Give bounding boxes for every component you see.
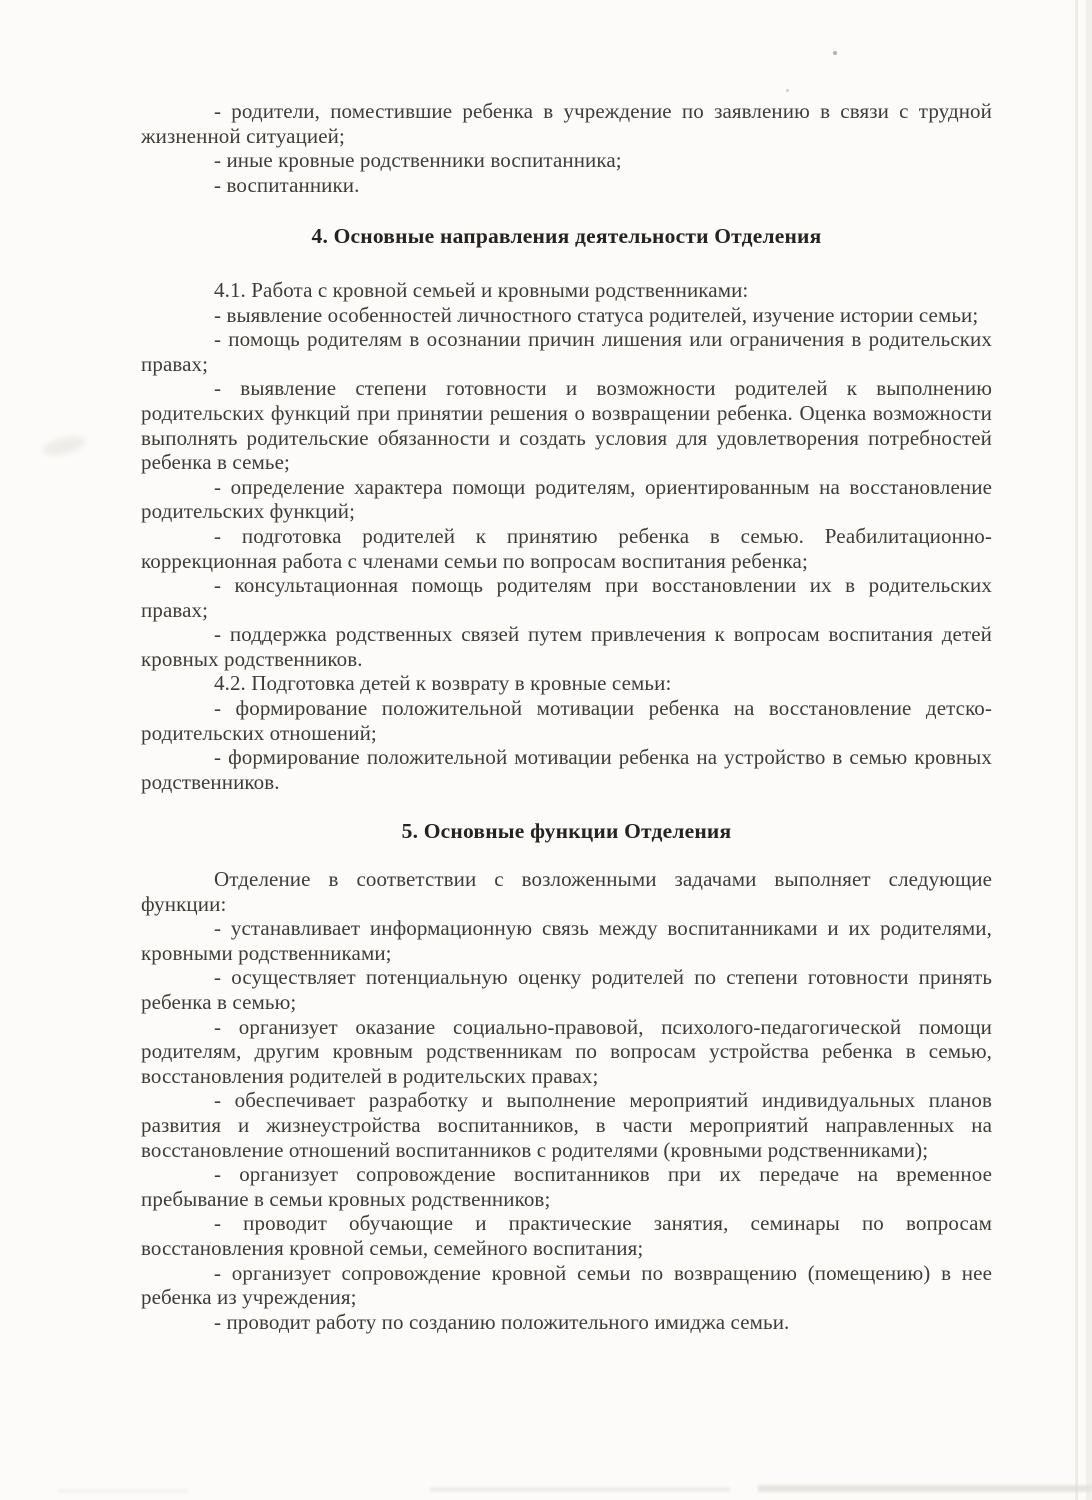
list-item: - воспитанники.: [141, 173, 992, 198]
section-heading-5: 5. Основные функции Отделения: [141, 819, 992, 844]
scan-streak: [430, 1487, 730, 1492]
paragraph: 4.2. Подготовка детей к возврату в кровн…: [141, 671, 992, 696]
paragraph: - определение характера помощи родителям…: [141, 475, 992, 524]
paragraph: - подготовка родителей к принятию ребенк…: [141, 524, 992, 573]
scan-smudge: [41, 433, 88, 459]
scan-streak: [58, 1489, 188, 1493]
scan-speck: [786, 89, 789, 92]
paragraph: - проводит работу по созданию положитель…: [141, 1310, 992, 1335]
paragraph: - поддержка родственных связей путем при…: [141, 622, 992, 671]
paragraph: - обеспечивает разработку и выполнение м…: [141, 1088, 992, 1162]
paragraph: - формирование положительной мотивации р…: [141, 696, 992, 745]
paragraph: - осуществляет потенциальную оценку роди…: [141, 965, 992, 1014]
paragraph: - консультационная помощь родителям при …: [141, 573, 992, 622]
document-content: - родители, поместившие ребенка в учрежд…: [141, 99, 992, 1334]
paragraph: - помощь родителям в осознании причин ли…: [141, 327, 992, 376]
scan-speck: [833, 51, 837, 55]
paragraph: - выявление особенностей личностного ста…: [141, 303, 992, 328]
paragraph: - формирование положительной мотивации р…: [141, 745, 992, 794]
paragraph: - организует сопровождение кровной семьи…: [141, 1261, 992, 1310]
paragraph: - организует сопровождение воспитанников…: [141, 1162, 992, 1211]
paragraph: - устанавливает информационную связь меж…: [141, 916, 992, 965]
scan-edge-line: [1075, 0, 1078, 1500]
list-item: - родители, поместившие ребенка в учрежд…: [141, 99, 992, 148]
list-item: - иные кровные родственники воспитанника…: [141, 148, 992, 173]
paragraph: Отделение в соответствии с возложенными …: [141, 867, 992, 916]
paragraph: - выявление степени готовности и возможн…: [141, 376, 992, 474]
scan-streak: [758, 1485, 1092, 1492]
paragraph: 4.1. Работа с кровной семьей и кровными …: [141, 278, 992, 303]
scan-edge-strip: [1086, 0, 1092, 1500]
scanned-document-page: - родители, поместившие ребенка в учрежд…: [0, 0, 1092, 1500]
section-heading-4: 4. Основные направления деятельности Отд…: [141, 224, 992, 249]
paragraph: - организует оказание социально-правовой…: [141, 1015, 992, 1089]
paragraph: - проводит обучающие и практические заня…: [141, 1211, 992, 1260]
